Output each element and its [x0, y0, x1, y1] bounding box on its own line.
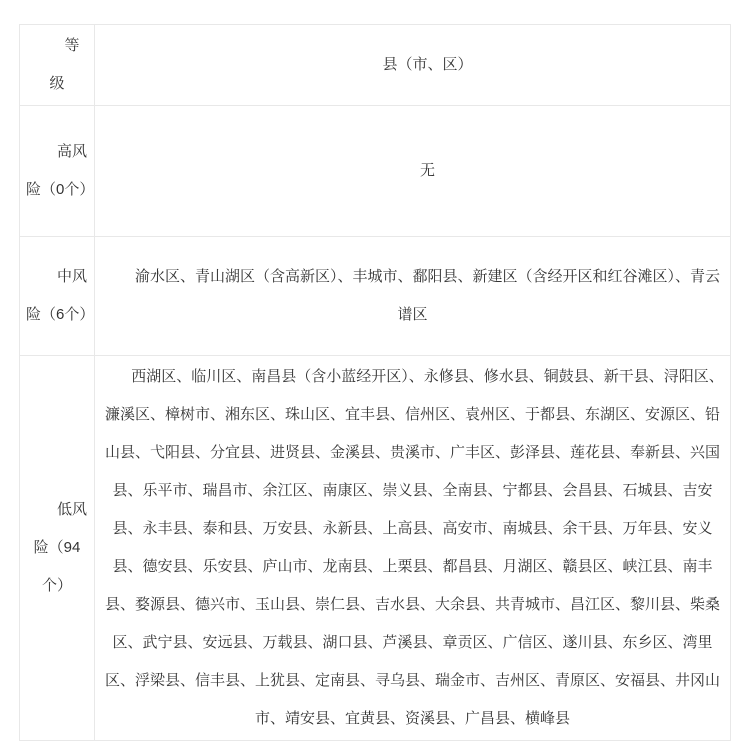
risk-area-page: 等级 县（市、区） 高风险（0个） 无 中风险（6个） 渝水区、青山湖区（含高新… — [0, 0, 750, 741]
level-column-header: 等级 — [20, 25, 95, 106]
table-row-high-risk: 高风险（0个） 无 — [20, 106, 731, 237]
high-risk-level-cell: 高风险（0个） — [20, 106, 95, 237]
medium-risk-level-cell: 中风险（6个） — [20, 237, 95, 356]
low-risk-level-cell: 低风险（94个） — [20, 356, 95, 741]
table-row-low-risk: 低风险（94个） 西湖区、临川区、南昌县（含小蓝经开区）、永修县、修水县、铜鼓县… — [20, 356, 731, 741]
low-risk-regions-cell: 西湖区、临川区、南昌县（含小蓝经开区）、永修县、修水县、铜鼓县、新干县、浔阳区、… — [95, 356, 731, 741]
risk-level-table: 等级 县（市、区） 高风险（0个） 无 中风险（6个） 渝水区、青山湖区（含高新… — [19, 24, 731, 741]
high-risk-regions-cell: 无 — [95, 106, 731, 237]
table-row-medium-risk: 中风险（6个） 渝水区、青山湖区（含高新区）、丰城市、鄱阳县、新建区（含经开区和… — [20, 237, 731, 356]
regions-column-header: 县（市、区） — [95, 25, 731, 106]
medium-risk-regions-cell: 渝水区、青山湖区（含高新区）、丰城市、鄱阳县、新建区（含经开区和红谷滩区）、青云… — [95, 237, 731, 356]
table-header-row: 等级 县（市、区） — [20, 25, 731, 106]
